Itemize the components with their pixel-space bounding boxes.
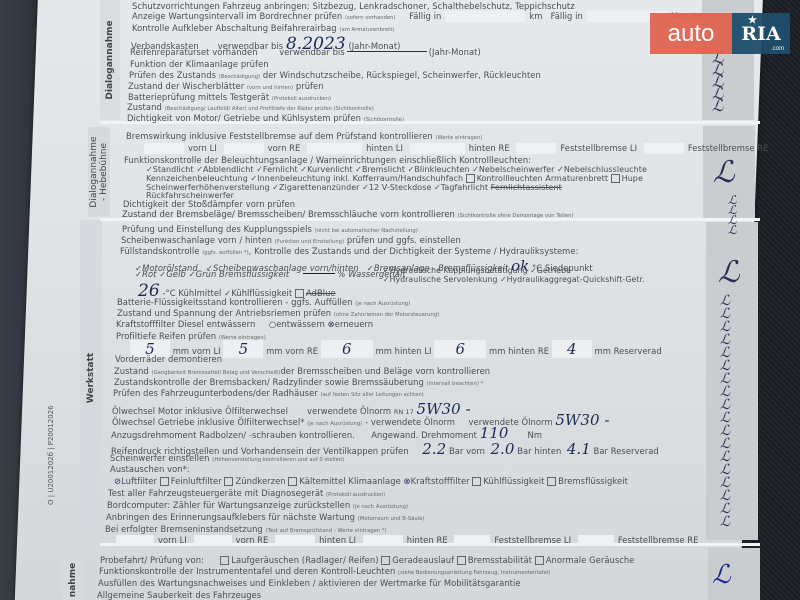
handwritten-check-icon: ℒℒℒℒℒℒℒℒℒℒℒℒℒℒℒℒℒℒ — [720, 295, 730, 529]
checklist-item: Dichtigkeit der Stoßdämpfer vorn prüfen — [123, 199, 295, 209]
item-note: (Test auf Bremsprüfstand - Werte eintrag… — [266, 528, 387, 534]
checklist-item: Bei erfolgter Bremseninstandsetzung (Tes… — [105, 524, 387, 534]
item-text: Funktionskontrolle der Instrumententafel… — [99, 566, 395, 576]
checklist-item: Anzeige Wartungsintervall im Bordrechner… — [132, 11, 702, 22]
item-note: (Gangbarkeit Bremssattel/ Belag und Vers… — [152, 370, 281, 376]
option-label: Standlicht — [153, 165, 194, 174]
pressure-label: Bar Reserverad — [594, 446, 659, 456]
torque-label: Angewand. Drehmoment — [371, 430, 477, 440]
checklist-item: Prüfen des Fahrzeugunterbodens/der Radhä… — [113, 388, 424, 398]
field-label: hinten RE — [407, 535, 448, 545]
tread-label: mm Reserverad — [595, 346, 662, 356]
item-text: Zustand — [127, 102, 162, 112]
option-label: Grün Bremsflüssigkeit — [196, 269, 290, 279]
item-text: Probefahrt/ Prüfung von: — [100, 555, 204, 565]
handwritten-check-icon: ℒ — [713, 155, 735, 190]
option-label: Hydraulische Kupplungsbetätigung — [390, 266, 528, 275]
section-label-workshop: Werkstatt — [80, 220, 102, 535]
usable-until-label: verwendbar bis — [279, 47, 344, 57]
item-text: Zustand — [114, 366, 149, 376]
brake-field[interactable] — [224, 143, 264, 154]
item-text: der Bremsscheiben und Beläge vorn kontro… — [280, 366, 490, 376]
checklist-item: Zustand (Beschädigung/ Laufbild/ Alter) … — [127, 102, 374, 112]
checkbox[interactable] — [472, 477, 481, 486]
brake-values-row: vorn LI vorn RE hinten LI hinten RE Fest… — [140, 143, 769, 154]
section-label-lift: Dialogannahme- Hebebühne — [88, 127, 110, 217]
item-text: Kraftstofffilter Diesel entwässern — [116, 319, 255, 329]
option-label: Rot — [142, 269, 156, 279]
item-text: Reifenreparaturset vorhanden — [130, 47, 258, 57]
field-label: hinten LI — [319, 535, 356, 545]
item-text: Zustandskontrolle der Bremsbacken/ Radzy… — [114, 377, 424, 387]
watermark-domain: .com — [771, 46, 784, 52]
item-text: Kontrolle Aufkleber Abschaltung Beifahre… — [132, 23, 337, 33]
item-note: (Sichtkontrolle) — [364, 117, 404, 123]
option-label: Luftfilter — [121, 476, 157, 486]
handwritten-check-icon: ℒℒℒℒℒ — [712, 52, 724, 112]
option-label: Laufgeräuschen (Radlager/ Reifen) — [231, 555, 378, 565]
field-label: Feststellbremse RE — [688, 143, 769, 153]
option-label: entwässern — [276, 319, 325, 329]
pressure-value[interactable]: 2.0 — [490, 440, 514, 458]
item-note: (ohne Zahnriemen der Motorsteuerung) — [334, 312, 439, 318]
item-text: Scheinwerfer einstellen — [110, 453, 210, 463]
section-title: Werkstatt — [86, 352, 96, 402]
option-label: Kraftstofffilter — [411, 476, 470, 486]
brake-field[interactable] — [516, 143, 556, 154]
option-label: Abblendlicht — [203, 165, 254, 174]
checklist-item: Kraftstofffilter Diesel entwässern ○entw… — [116, 319, 373, 329]
item-text: Zustand der Bremsbeläge/ Bremsscheiben/ … — [122, 209, 455, 219]
item-text: Test aller Fahrzeugsteuergeräte mit Diag… — [108, 488, 323, 498]
unit-label: (Jahr-Monat) — [429, 47, 481, 57]
field-label: hinten RE — [469, 143, 510, 153]
item-note: (am Armaturenbrett) — [339, 27, 394, 33]
option-label: erneuern — [335, 319, 373, 329]
due-months-label: Fällig in — [551, 11, 583, 21]
checklist-item: Prüfung und Einstellung des Kupplungsspi… — [122, 224, 418, 234]
checkbox[interactable] — [535, 556, 544, 565]
option-label: Gelb — [166, 269, 186, 279]
pressure-value[interactable]: 4.1 — [567, 440, 591, 458]
brake-field[interactable] — [454, 535, 490, 546]
checklist-item: Zustand der Wischerblätter (vorn und hin… — [128, 81, 324, 91]
option-label: Zündkerzen — [235, 476, 285, 486]
brake-field[interactable] — [363, 535, 403, 546]
checklist-item: Funktion der Klimaanlage prüfen — [130, 59, 269, 69]
check-mark-icon: ✓ — [557, 165, 564, 174]
replace-row: ⊘Luftfilter Feinluftfilter Zündkerzen Kä… — [114, 476, 628, 486]
option-label: Kontrollleuchten Armaturenbrett — [477, 174, 608, 183]
check-mark-icon: ✓ — [146, 165, 153, 174]
item-note: (Höhenverstellung kontrollieren und auf … — [212, 457, 344, 463]
checklist-item: Batterieprüfung mittels Testgerät (Proto… — [128, 92, 331, 102]
check-mark-icon: ✓ — [355, 165, 362, 174]
item-note: (Beschädigung/ Laufbild/ Alter) und Prof… — [165, 106, 374, 112]
section-title-line2: - Hebebühne — [99, 143, 109, 201]
checklist-item: Zustandskontrolle der Bremsbacken/ Radzy… — [114, 377, 483, 387]
checklist-item: Reifenreparaturset vorhanden verwendbar … — [130, 47, 481, 57]
star-icon: ★ — [748, 15, 757, 26]
pressure-label: Bar vorn — [449, 446, 485, 456]
section-label-handover: nahme — [62, 555, 84, 600]
checkbox[interactable] — [381, 556, 390, 565]
checkbox[interactable] — [457, 556, 466, 565]
brake-field[interactable] — [644, 143, 684, 154]
field-label: Feststellbremse LI — [560, 143, 637, 153]
item-text: Prüfen des Fahrzeugunterbodens/der Radhä… — [113, 388, 318, 398]
option-label: Nebelscheinwerfer — [479, 165, 555, 174]
item-text: Zustand der Wischerblätter — [128, 81, 244, 91]
circled-x-icon: ⊗ — [404, 476, 411, 486]
handwritten-check-icon: ℒℒℒℒ — [728, 195, 737, 235]
checklist-item: Dichtigkeit von Motor/ Getriebe und Kühl… — [127, 113, 404, 123]
item-text: prüfen und ggfs. einstellen — [347, 235, 461, 245]
item-note: (Beschädigung) — [219, 74, 260, 80]
option-label: Fernlicht — [263, 165, 298, 174]
option-label: Blinkleuchten — [414, 165, 469, 174]
tread-label: mm hinten RE — [489, 346, 549, 356]
item-text: Prüfen des Zustands — [129, 70, 216, 80]
lights-row: ✓Standlicht ✓Abblendlicht ✓Fernlicht ✓Ku… — [146, 165, 647, 174]
item-note: (Protokoll ausdrucken) — [326, 492, 385, 498]
option-label: Hydraulische Servolenkung — [390, 275, 498, 284]
handwritten-check-icon: ℒ — [718, 255, 740, 290]
section-label-dialog: Dialogannahme — [100, 0, 120, 120]
checklist-item: Kontrolle Aufkleber Abschaltung Beifahre… — [132, 23, 395, 33]
checklist-item: Funktionskontrolle der Instrumententafel… — [99, 566, 551, 576]
option-label: Hydraulikaggregat-Quickshift-Getr. — [507, 275, 645, 284]
brake-field[interactable] — [194, 535, 232, 546]
option-label: Bremslicht — [362, 165, 405, 174]
handwritten-check-icon: ℒ — [712, 560, 731, 590]
option-label: Feinluftfilter — [171, 476, 222, 486]
checklist-item: Scheibenwaschanlage vorn / hinten (Funkt… — [121, 235, 461, 245]
item-text: Prüfung und Einstellung des Kupplungsspi… — [122, 224, 312, 234]
radio-selected-icon[interactable]: ⊗ — [328, 319, 335, 329]
brake-field[interactable] — [116, 535, 154, 546]
checklist-item: Anbringen des Erinnerungsaufklebers für … — [106, 512, 425, 522]
option-label: Hupe — [622, 174, 643, 183]
checklist-item: Batterie-Flüssigkeitsstand kontrollieren… — [117, 297, 410, 307]
checkbox[interactable] — [224, 477, 233, 486]
pressure-value[interactable]: 2.2 — [422, 440, 446, 458]
option-label: Innenbeleuchtung inkl. Kofferraum/Handsc… — [257, 174, 463, 183]
checklist-item: Ausfüllen des Wartungsnachweises und Ein… — [98, 578, 521, 588]
field-label: vorn RE — [268, 143, 301, 153]
tread-value[interactable]: 5 — [223, 340, 263, 358]
fluids-row: ✓Rot ✓Gelb ✓Grün Bremsflüssigkeit % Wass… — [135, 269, 406, 279]
item-text: Dichtigkeit von Motor/ Getriebe und Kühl… — [127, 113, 361, 123]
option-label: Tagfahrlicht — [441, 183, 488, 192]
option-label: Bremsflüssigkeit — [558, 476, 628, 486]
due-km-label: Fällig in — [409, 11, 441, 21]
item-text: der Windschutzscheibe, Rückspiegel, Sche… — [263, 70, 541, 80]
field-label: vorn LI — [188, 143, 217, 153]
km-unit: km — [529, 11, 542, 21]
checklist-item: Austauschen von*: — [110, 464, 190, 474]
tread-value[interactable]: 6 — [434, 340, 486, 358]
brake-field[interactable] — [307, 143, 362, 154]
section-title: Dialogannahme — [105, 20, 115, 99]
checklist-item: Zustand und Spannung der Antriebsriemen … — [117, 308, 439, 318]
section-title: nahme — [68, 563, 78, 597]
checkbox[interactable] — [547, 477, 556, 486]
check-mark-icon: ✓ — [500, 275, 507, 284]
option-label: Getriebe — [537, 266, 571, 275]
option-label: Bremsstabilität — [468, 555, 532, 565]
option-label: Kältemittel Klimaanlage — [299, 476, 400, 486]
lights-row: Kennzeichenbeleuchtung ✓Innenbeleuchtung… — [146, 174, 643, 183]
tread-label: mm hinten LI — [376, 346, 432, 356]
item-text: Anbringen des Erinnerungsaufklebers für … — [106, 512, 355, 522]
item-note: (ggfs. auffüllen *) — [202, 250, 248, 256]
check-mark-icon: ✓ — [256, 165, 263, 174]
checkbox[interactable] — [611, 174, 620, 183]
item-text: Bordcomputer: Zähler für Wartungsanzeige… — [107, 500, 350, 510]
hydraulic-options: ✓Hydraulische Kupplungsbetätigung ✓Getri… — [383, 266, 645, 284]
brake-field[interactable] — [275, 535, 315, 546]
due-km-field[interactable] — [445, 11, 525, 22]
check-mark-icon: ✓ — [188, 269, 195, 279]
check-mark-icon: ✓ — [383, 266, 390, 275]
item-note: (nicht bei automatischer Nachstellung) — [315, 228, 418, 234]
item-text: Anzeige Wartungsintervall im Bordrechner… — [132, 11, 342, 21]
checklist-item: Bremswirkung inklusive Feststellbremse a… — [126, 131, 482, 141]
item-note: (Funktion und Einstellung) — [275, 239, 344, 245]
option-label: Zigarettenanzünder — [279, 183, 360, 192]
tread-value[interactable]: 4 — [552, 340, 592, 358]
item-note: (Werte eintragen) — [435, 135, 482, 141]
check-mark-icon: ✓ — [383, 275, 390, 284]
checklist-item: Füllstandskontrolle (ggfs. auffüllen *),… — [120, 246, 578, 256]
option-label: Nebelschlussleuchte — [564, 165, 647, 174]
section-title-line1: Dialogannahme — [89, 136, 99, 207]
torque-unit: Nm — [528, 430, 543, 440]
item-note: (sofern vorhanden) — [345, 15, 396, 21]
item-text: Füllstandskontrolle — [120, 246, 200, 256]
item-text: Bei erfolgter Bremseninstandsetzung — [105, 524, 263, 534]
option-label: 12 V-Steckdose — [369, 183, 432, 192]
checklist-item: Funktionskontrolle der Beleuchtungsanlag… — [124, 155, 531, 165]
brake-values-row: vorn LI vorn RE hinten LI hinten RE Fest… — [112, 535, 699, 546]
pressure-label: Bar hinten — [517, 446, 561, 456]
item-text: prüfen — [296, 81, 324, 91]
checklist-item: Zustand der Bremsbeläge/ Bremsscheiben/ … — [122, 209, 574, 219]
checklist-item: Allgemeine Sauberkeit des Fahrzeuges — [97, 590, 261, 600]
item-text: Scheibenwaschanlage vorn / hinten — [121, 235, 272, 245]
checklist-item: Scheinwerfer einstellen (Höhenverstellun… — [110, 453, 344, 463]
field-label: vorn RE — [236, 535, 269, 545]
watermark-ria: ★ RIA .com — [732, 13, 790, 54]
field-label: Feststellbremse RE — [618, 535, 699, 545]
section-title: Dialogannahme- Hebebühne — [89, 136, 109, 207]
check-mark-icon: ✓ — [196, 165, 203, 174]
checkbox[interactable] — [220, 556, 229, 565]
watermark-auto: auto — [650, 13, 732, 54]
form-code: O | U2001202б | P20012026 — [47, 405, 55, 505]
item-text: Anzugsdrehmoment Radbolzen/ -schrauben k… — [111, 430, 355, 440]
item-note: (Intervall beachten) * — [427, 381, 484, 387]
brake-field[interactable] — [578, 535, 614, 546]
item-text: Bremswirkung inklusive Feststellbremse a… — [126, 131, 433, 141]
water-content-strike[interactable] — [303, 273, 335, 274]
check-mark-icon: ✓ — [472, 165, 479, 174]
item-note: (je nach Ausrüstung) — [355, 301, 410, 307]
item-text: Batterieprüfung mittels Testgerät — [128, 92, 269, 102]
option-label-struck: Fernlichtassistent — [491, 183, 562, 192]
checkbox[interactable] — [288, 477, 297, 486]
checklist-item: Bordcomputer: Zähler für Wartungsanzeige… — [107, 500, 408, 510]
item-text: Zustand und Spannung der Antriebsriemen … — [117, 308, 331, 318]
option-label: Kennzeichenbeleuchtung — [146, 174, 248, 183]
check-mark-icon: ✓ — [362, 183, 369, 192]
item-note: (Sichtkontrolle ohne Demontage von Teile… — [458, 213, 574, 219]
tire-kit-expiry-strike[interactable] — [347, 51, 427, 52]
check-mark-icon: ✓ — [434, 183, 441, 192]
checklist-item: Vorderräder demontieren — [115, 354, 222, 364]
checklist-item: Prüfen des Zustands (Beschädigung) der W… — [129, 70, 541, 80]
gearbox-oil-value[interactable]: 5W30 - — [555, 411, 609, 429]
item-text: , Kontrolle des Zustands und der Dichtig… — [249, 246, 579, 256]
checkbox[interactable] — [466, 174, 475, 183]
tread-value[interactable]: 6 — [321, 340, 373, 358]
checkbox[interactable] — [160, 477, 169, 486]
autoria-watermark: auto ★ RIA .com — [650, 13, 790, 54]
brake-field[interactable] — [410, 143, 465, 154]
item-note: (auf festen Sitz aller Leitungen achten) — [321, 392, 424, 398]
option-label: Kurvenlicht — [307, 165, 353, 174]
field-label: vorn LI — [158, 535, 187, 545]
item-note: (je nach Ausrüstung) — [353, 504, 408, 510]
option-label: Kühlflüssigkeit — [483, 476, 544, 486]
checklist-item: Test aller Fahrzeugsteuergeräte mit Diag… — [108, 488, 385, 498]
option-label: Geradeauslauf — [392, 555, 454, 565]
checklist-item: Probefahrt/ Prüfung von: Laufgeräuschen … — [100, 555, 635, 565]
brake-field[interactable] — [144, 143, 184, 154]
field-label: Feststellbremse LI — [494, 535, 571, 545]
checklist-item: Zustand (Gangbarkeit Bremssattel/ Belag … — [114, 366, 490, 376]
item-note: (vorn und hinten) — [247, 85, 293, 91]
item-note: (Motorraum und B-Säule) — [358, 516, 425, 522]
check-mark-icon: ✓ — [530, 266, 537, 275]
tread-label: mm vorn RE — [266, 346, 318, 356]
option-label: Anormale Geräusche — [546, 555, 635, 565]
checklist-item: Schutzvorrichtungen Fahrzeug anbringen: … — [132, 1, 575, 11]
field-label: hinten LI — [366, 143, 403, 153]
item-note: (siehe Bedienungsanleitung Fahrzeug, Ins… — [398, 570, 550, 576]
item-text: Batterie-Flüssigkeitsstand kontrollieren… — [117, 297, 352, 307]
